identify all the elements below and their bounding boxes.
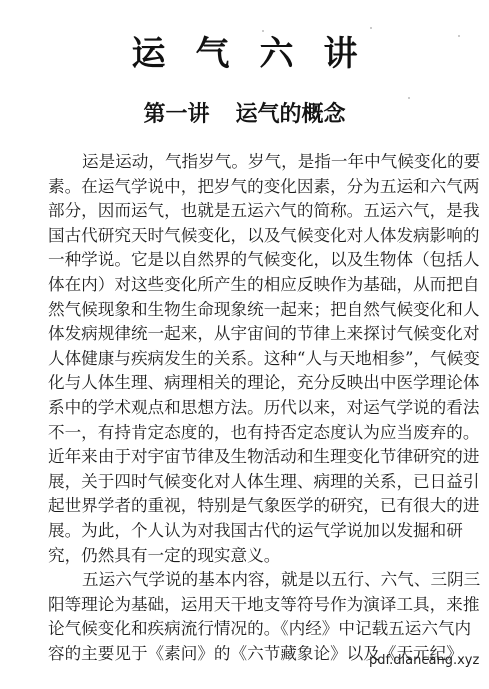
text-line: 部分，因而运气，也就是五运六气的简称。五运六气，是我: [48, 199, 458, 224]
text-line: 体在内）对这些变化所产生的相应反映作为基础，从而把自: [48, 273, 458, 298]
text-line: 国古代研究天时气候变化，以及气候变化对人体发病影响的: [48, 224, 458, 249]
text-line: 体发病规律统一起来，从宇宙间的节律上来探讨气候变化对: [48, 322, 458, 347]
body-text: 运是运动，气指岁气。岁气，是指一年中气候变化的要 素。在运气学说中，把岁气的变化…: [48, 150, 458, 666]
text-line: 运是运动，气指岁气。岁气，是指一年中气候变化的要: [48, 150, 458, 175]
text-line: 展，关于四时气候变化对人体生理、病理的关系，已日益引: [48, 470, 458, 495]
text-line: 化与人体生理、病理相关的理论，充分反映出中医学理论体: [48, 371, 458, 396]
book-page: 运气六讲 第一讲运气的概念 运是运动，气指岁气。岁气，是指一年中气候变化的要 素…: [0, 0, 489, 689]
text-line: 人体健康与疾病发生的关系。这种“人与天地相参”，气候变: [48, 347, 458, 372]
chapter-heading: 第一讲运气的概念: [0, 100, 489, 128]
chapter-number: 第一讲: [143, 101, 209, 127]
text-line: 素。在运气学说中，把岁气的变化因素，分为五运和六气两: [48, 175, 458, 200]
text-line: 一种学说。它是以自然界的气候变化，以及生物体（包括人: [48, 248, 458, 273]
scan-speck: [408, 97, 410, 99]
text-line: 系中的学术观点和思想方法。历代以来，对运气学说的看法: [48, 396, 458, 421]
text-line: 起世界学者的重视，特别是气象医学的研究，已有很大的进: [48, 494, 458, 519]
text-line: 五运六气学说的基本内容，就是以五行、六气、三阴三: [48, 568, 458, 593]
chapter-title: 运气的概念: [236, 101, 346, 127]
text-line: 阳等理论为基础，运用天干地支等符号作为演译工具，来推: [48, 593, 458, 618]
text-line: 论气候变化和疾病流行情况的。《内经》中记载五运六气内: [48, 617, 458, 642]
text-line: 展。为此，个人认为对我国古代的运气学说加以发掘和研: [48, 519, 458, 544]
scan-speck: [370, 27, 372, 29]
text-line: 然气候现象和生物生命现象统一起来；把自然气候变化和人: [48, 298, 458, 323]
watermark: pdf.diancang.xyz: [369, 654, 479, 668]
text-line: 究，仍然具有一定的现实意义。: [48, 544, 458, 569]
book-title: 运气六讲: [0, 34, 489, 74]
scan-speck: [262, 30, 264, 32]
scan-speck: [458, 35, 460, 37]
text-line: 不一，有持肯定态度的，也有持否定态度认为应当废弃的。: [48, 421, 458, 446]
text-line: 近年来由于对宇宙节律及生物活动和生理变化节律研究的进: [48, 445, 458, 470]
